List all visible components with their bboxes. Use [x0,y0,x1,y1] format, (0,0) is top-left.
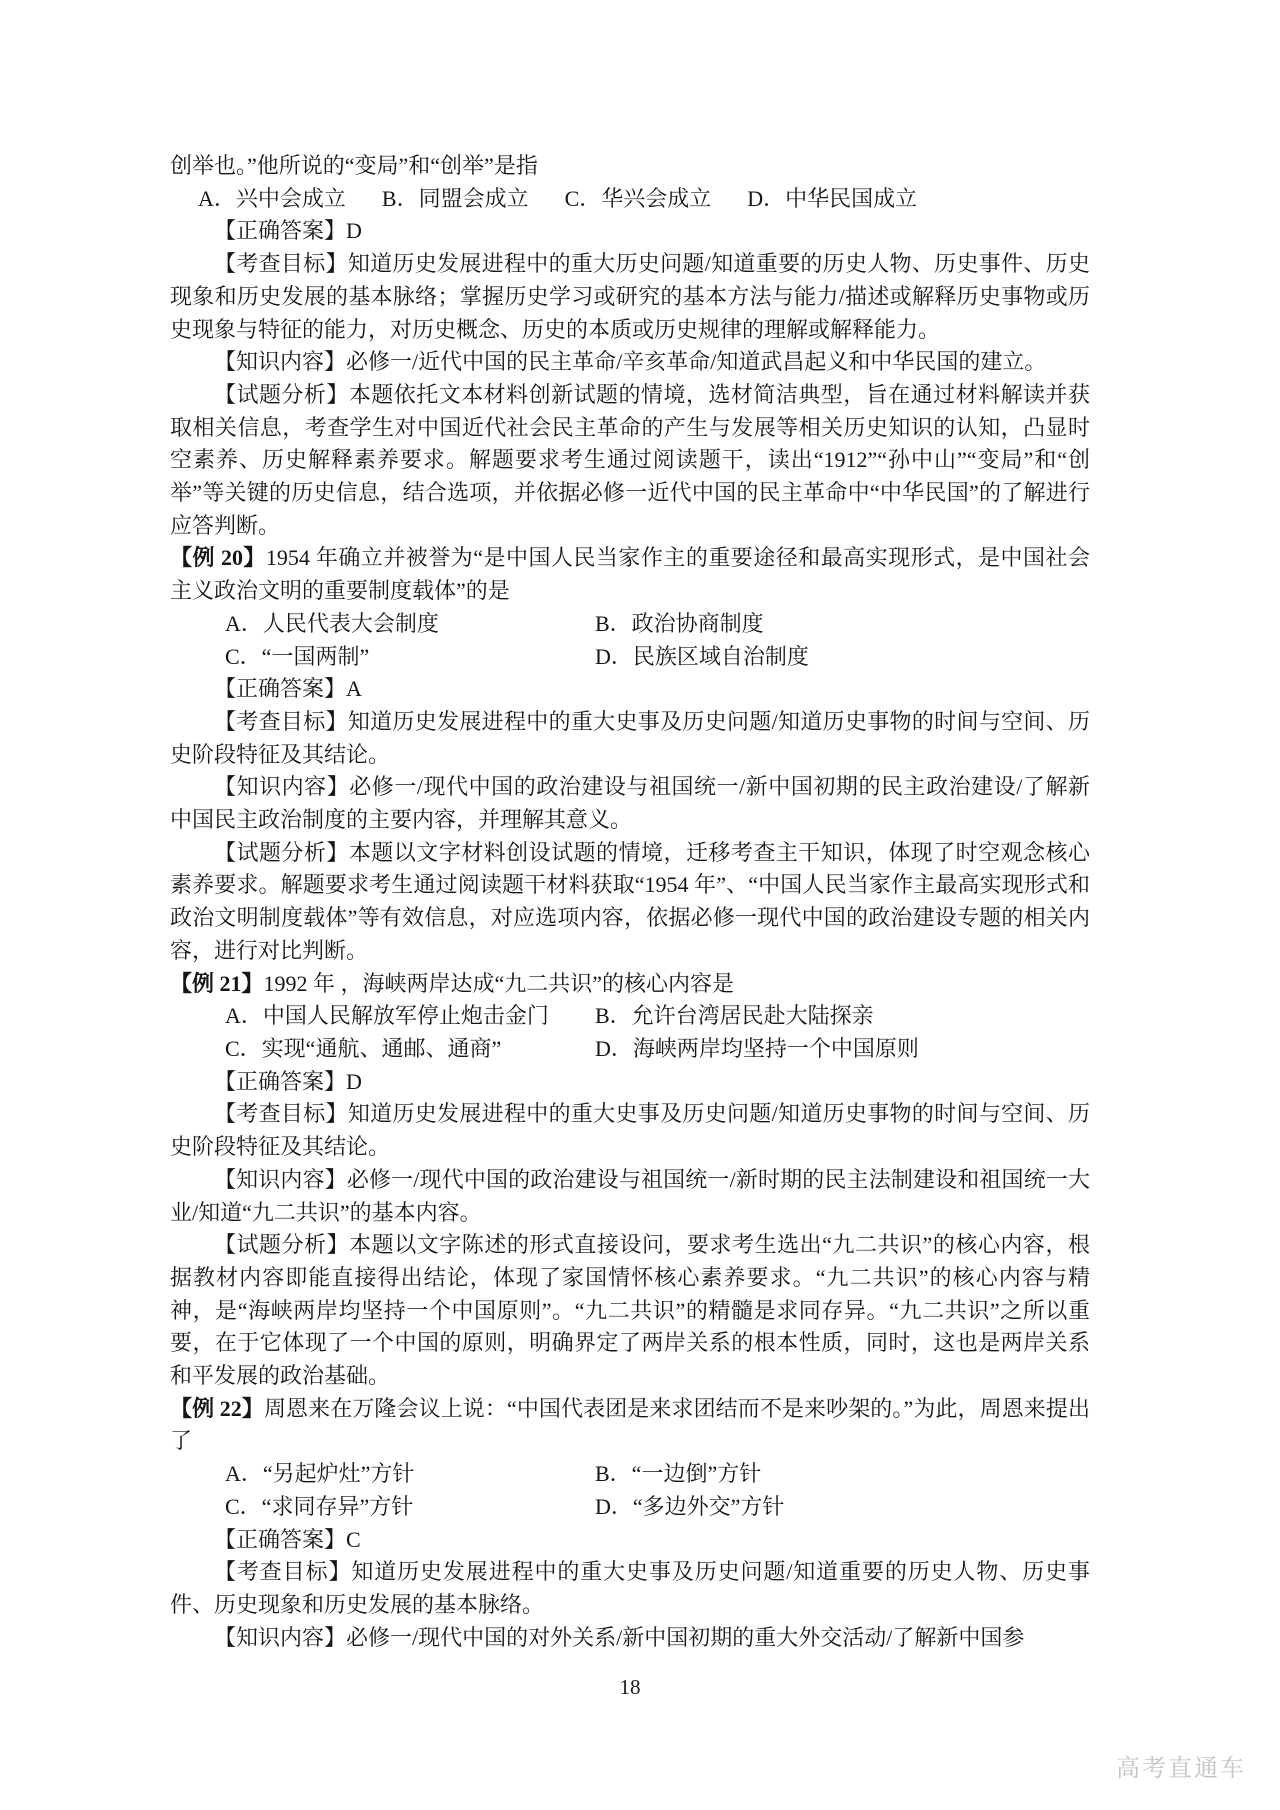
paragraph-text: 创举也。”他所说的“变局”和“创举”是指 [170,153,538,178]
option-item: C．“求同存异”方针 [225,1491,595,1524]
paragraph: 【正确答案】C [170,1524,1090,1557]
document-page: 创举也。”他所说的“变局”和“创举”是指A．兴中会成立B．同盟会成立C．华兴会成… [0,0,1280,1810]
example-paragraph: 【例 22】周恩来在万隆会议上说：“中国代表团是来求团结而不是来吵架的。”为此，… [170,1393,1090,1458]
example-label: 【例 20】 [170,545,266,570]
paragraph: 【正确答案】D [170,215,1090,248]
paragraph-text: 【正确答案】D [214,1069,362,1094]
paragraph-text: 【试题分析】本题以文字陈述的形式直接设问，要求考生选出“九二共识”的核心内容，根… [170,1232,1090,1388]
paragraph: 【知识内容】必修一/现代中国的对外关系/新中国初期的重大外交活动/了解新中国参 [170,1622,1090,1655]
paragraph-text: 【考查目标】知道历史发展进程中的重大史事及历史问题/知道历史事物的时间与空间、历… [170,1101,1090,1159]
example-label: 【例 21】 [170,971,264,996]
paragraph-text: 【知识内容】必修一/现代中国的政治建设与祖国统一/新时期的民主法制建设和祖国统一… [170,1167,1090,1225]
option-item: D．中华民国成立 [747,183,917,216]
document-content: 创举也。”他所说的“变局”和“创举”是指A．兴中会成立B．同盟会成立C．华兴会成… [170,150,1090,1654]
paragraph: 【正确答案】A [170,673,1090,706]
paragraph: 【正确答案】D [170,1066,1090,1099]
paragraph-text: 【试题分析】本题依托文本材料创新试题的情境，选材简洁典型，旨在通过材料解读并获取… [170,382,1090,538]
option-item: B．同盟会成立 [382,183,529,216]
option-item: A．人民代表大会制度 [225,608,595,641]
paragraph: 【考查目标】知道历史发展进程中的重大史事及历史问题/知道历史事物的时间与空间、历… [170,1098,1090,1163]
option-item: D．“多边外交”方针 [595,1491,1090,1524]
page-number: 18 [170,1672,1090,1702]
options-row: A．兴中会成立B．同盟会成立C．华兴会成立D．中华民国成立 [170,183,1090,216]
paragraph-text: 【正确答案】D [214,218,362,243]
paragraph-text: 【试题分析】本题以文字材料创设试题的情境，迁移考查主干知识，体现了时空观念核心素… [170,840,1090,963]
paragraph-text: 【知识内容】必修一/现代中国的政治建设与祖国统一/新中国初期的民主政治建设/了解… [170,774,1090,832]
example-paragraph: 【例 20】1954 年确立并被誉为“是中国人民当家作主的重要途径和最高实现形式… [170,542,1090,607]
paragraph-text: 【正确答案】C [214,1527,361,1552]
paragraph: 【知识内容】必修一/近代中国的民主革命/辛亥革命/知道武昌起义和中华民国的建立。 [170,346,1090,379]
paragraph-text: 【考查目标】知道历史发展进程中的重大史事及历史问题/知道重要的历史人物、历史事件… [170,1559,1090,1617]
paragraph-text: 【考查目标】知道历史发展进程中的重大历史问题/知道重要的历史人物、历史事件、历史… [170,251,1090,341]
option-item: B．政治协商制度 [595,608,1090,641]
option-item: C．“一国两制” [225,641,595,674]
example-paragraph: 【例 21】1992 年 ，海峡两岸达成“九二共识”的核心内容是 [170,968,1090,1001]
options-grid: A．中国人民解放军停止炮击金门B．允许台湾居民赴大陆探亲C．实现“通航、通邮、通… [170,1000,1090,1065]
paragraph-text: 周恩来在万隆会议上说：“中国代表团是来求团结而不是来吵架的。”为此，周恩来提出了 [170,1396,1090,1454]
paragraph: 【考查目标】知道历史发展进程中的重大史事及历史问题/知道重要的历史人物、历史事件… [170,1556,1090,1621]
options-grid: A．人民代表大会制度B．政治协商制度C．“一国两制”D．民族区域自治制度 [170,608,1090,673]
watermark: 高考直通车 [1116,1748,1246,1783]
option-item: A．兴中会成立 [198,183,346,216]
option-item: B．“一边倒”方针 [595,1458,1090,1491]
paragraph: 【试题分析】本题以文字材料创设试题的情境，迁移考查主干知识，体现了时空观念核心素… [170,837,1090,968]
paragraph-text: 【知识内容】必修一/现代中国的对外关系/新中国初期的重大外交活动/了解新中国参 [214,1625,1024,1650]
paragraph: 【考查目标】知道历史发展进程中的重大历史问题/知道重要的历史人物、历史事件、历史… [170,248,1090,346]
paragraph: 【试题分析】本题以文字陈述的形式直接设问，要求考生选出“九二共识”的核心内容，根… [170,1229,1090,1393]
paragraph-text: 1992 年 ，海峡两岸达成“九二共识”的核心内容是 [264,971,735,996]
option-item: A．中国人民解放军停止炮击金门 [225,1000,595,1033]
options-grid: A．“另起炉灶”方针B．“一边倒”方针C．“求同存异”方针D．“多边外交”方针 [170,1458,1090,1523]
paragraph-text: 【正确答案】A [214,676,362,701]
paragraph: 【考查目标】知道历史发展进程中的重大史事及历史问题/知道历史事物的时间与空间、历… [170,706,1090,771]
paragraph: 创举也。”他所说的“变局”和“创举”是指 [170,150,1090,183]
paragraph-text: 【知识内容】必修一/近代中国的民主革命/辛亥革命/知道武昌起义和中华民国的建立。 [214,349,1046,374]
paragraph-text: 【考查目标】知道历史发展进程中的重大史事及历史问题/知道历史事物的时间与空间、历… [170,709,1090,767]
paragraph: 【知识内容】必修一/现代中国的政治建设与祖国统一/新中国初期的民主政治建设/了解… [170,771,1090,836]
example-label: 【例 22】 [170,1396,264,1421]
option-item: D．海峡两岸均坚持一个中国原则 [595,1033,1090,1066]
paragraph: 【试题分析】本题依托文本材料创新试题的情境，选材简洁典型，旨在通过材料解读并获取… [170,379,1090,543]
option-item: A．“另起炉灶”方针 [225,1458,595,1491]
paragraph-text: 1954 年确立并被誉为“是中国人民当家作主的重要途径和最高实现形式，是中国社会… [170,545,1090,603]
option-item: C．华兴会成立 [565,183,712,216]
option-item: B．允许台湾居民赴大陆探亲 [595,1000,1090,1033]
option-item: D．民族区域自治制度 [595,641,1090,674]
option-item: C．实现“通航、通邮、通商” [225,1033,595,1066]
paragraph: 【知识内容】必修一/现代中国的政治建设与祖国统一/新时期的民主法制建设和祖国统一… [170,1164,1090,1229]
